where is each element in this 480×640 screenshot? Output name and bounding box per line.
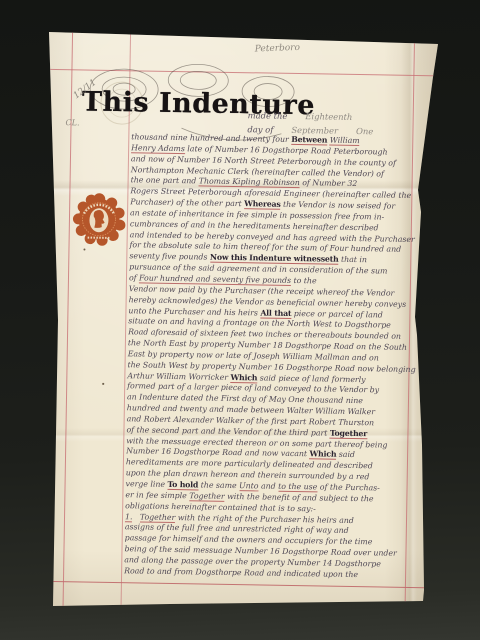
- ruled-line-horizontal-bottom: [40, 581, 430, 588]
- deed-body-text: thousand nine hundred and twenty four Be…: [124, 132, 431, 582]
- ruled-line-horizontal-top: [48, 69, 438, 76]
- ruled-line-margin-left-outer: [63, 30, 74, 608]
- ink-speck: [102, 383, 104, 385]
- document-photo: This Indenture made theEighteenthday ofS…: [0, 0, 480, 640]
- george-v-embossed-revenue-stamp-icon: [69, 190, 128, 249]
- ink-speck: [83, 249, 85, 251]
- paper-content: This Indenture made theEighteenthday ofS…: [40, 30, 440, 614]
- pencil-annotation-initials: CL.: [65, 118, 79, 127]
- indenture-paper: This Indenture made theEighteenthday ofS…: [49, 30, 439, 608]
- pencil-annotation-top: Peterboro: [255, 43, 300, 55]
